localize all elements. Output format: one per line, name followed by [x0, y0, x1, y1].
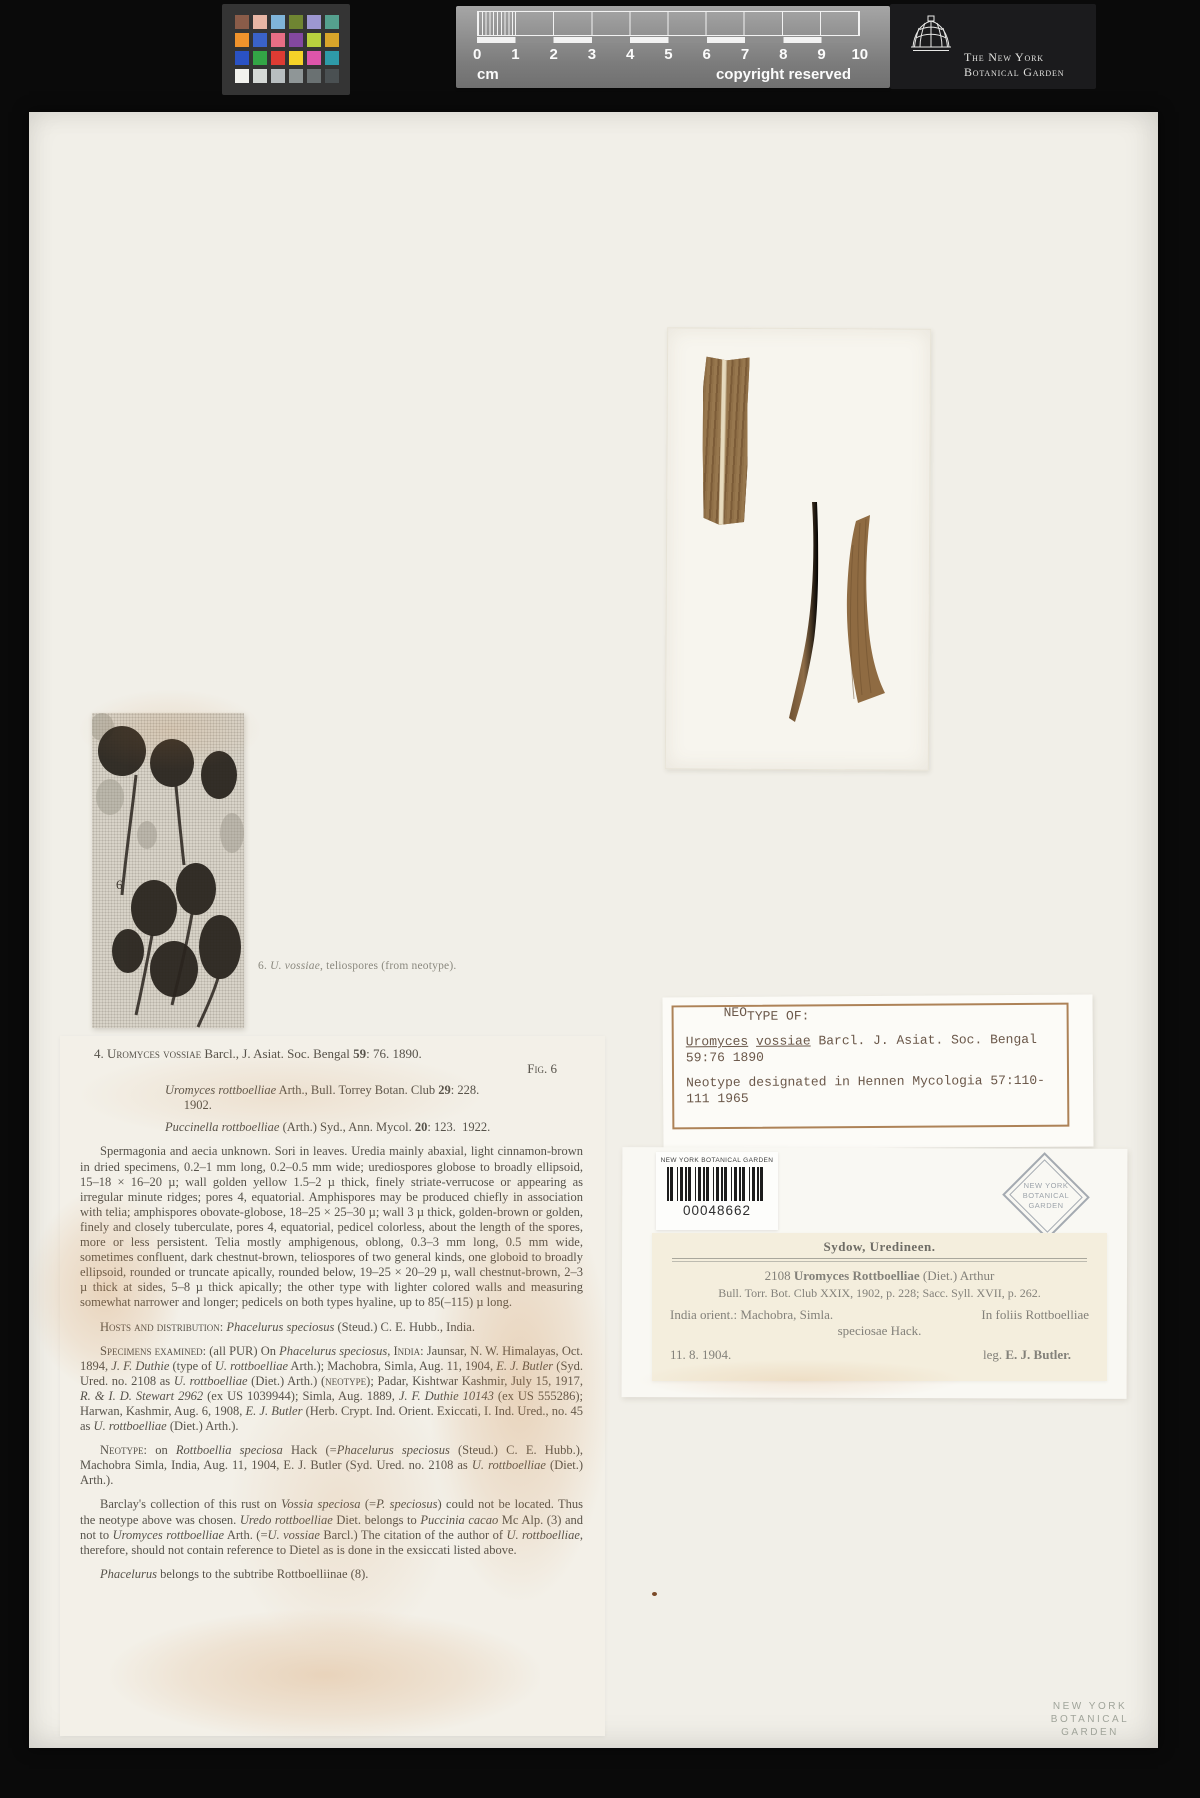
ruler-number: 5	[649, 46, 687, 63]
exsiccati-number-and-name: 2108 Uromyces Rottboelliae (Diet.) Arthu…	[670, 1268, 1089, 1284]
figure-reference: Fig. 6	[80, 1061, 557, 1076]
color-patch	[307, 69, 321, 83]
ruler-number: 3	[573, 46, 611, 63]
color-patch	[235, 51, 249, 65]
color-patch	[307, 51, 321, 65]
ruler-number: 0	[458, 46, 496, 63]
barcode-icon	[667, 1167, 767, 1201]
nybg-logo-panel: The New York Botanical Garden	[890, 4, 1096, 89]
ruler-number: 9	[802, 46, 840, 63]
nybg-corner-stamp: NEW YORK BOTANICAL GARDEN	[1035, 1700, 1145, 1739]
header-rule	[672, 1258, 1087, 1262]
ruler-number: 1	[496, 46, 534, 63]
color-patch	[235, 33, 249, 47]
color-patch	[253, 51, 267, 65]
color-patch	[289, 69, 303, 83]
neotype-designation-line1: Neotype designated in Hennen Mycologia 5…	[686, 1073, 1055, 1092]
ruler-number: 4	[611, 46, 649, 63]
discussion-paragraph: Barclay's collection of this rust on Vos…	[80, 1497, 583, 1557]
teliospore-photomicrograph: 6	[92, 713, 244, 1028]
color-patch	[307, 15, 321, 29]
color-patch	[325, 51, 339, 65]
institution-name-line2: Botanical Garden	[964, 65, 1064, 80]
specimen-fragment-strip	[838, 515, 890, 705]
specimen-fragment-blade	[700, 357, 750, 526]
copyright-label: copyright reserved	[716, 66, 851, 83]
corner-stamp-line1: NEW YORK	[1035, 1700, 1145, 1713]
specimen-fragment-sliver	[786, 500, 826, 725]
exsiccati-host-line2: speciosae Hack.	[670, 1323, 1089, 1339]
teliospores-figure: 6	[92, 713, 244, 1028]
color-patch	[253, 69, 267, 83]
barcode-label: NEW YORK BOTANICAL GARDEN 00048662	[656, 1152, 778, 1230]
ruler-mm-ticks	[478, 12, 516, 35]
exsiccati-citation: Bull. Torr. Bot. Club XXIX, 1902, p. 228…	[670, 1286, 1089, 1301]
figure-caption: 6. U. vossiae, teliospores (from neotype…	[258, 960, 538, 972]
exsiccati-collector: leg. E. J. Butler.	[983, 1347, 1071, 1363]
color-patch	[325, 33, 339, 47]
figure-number-in-photo: 6	[116, 877, 123, 892]
exsiccati-locality: India orient.: Machobra, Simla.	[670, 1307, 833, 1323]
color-patch	[271, 15, 285, 29]
description-paragraph: Spermagonia and aecia unknown. Sori in l…	[80, 1144, 583, 1310]
color-patch	[325, 69, 339, 83]
color-patch	[235, 15, 249, 29]
color-patch	[271, 33, 285, 47]
neotype-species-line2: 59:76 1890	[686, 1048, 1055, 1067]
debris-speck	[652, 1592, 657, 1596]
dome-icon	[908, 11, 954, 53]
ruler-numbers: 012345678910	[458, 46, 879, 63]
diamond-stamp-line1: NEW YORK	[1024, 1181, 1069, 1191]
institution-name: The New York Botanical Garden	[964, 50, 1064, 80]
institution-name-line1: The New York	[964, 50, 1064, 65]
color-checker-grid	[222, 4, 350, 95]
neotype-species-line: Uromyces vossiae Barcl. J. Asiat. Soc. B…	[686, 1032, 1055, 1051]
color-patch	[253, 33, 267, 47]
color-patch	[271, 51, 285, 65]
corner-stamp-line2: BOTANICAL	[1035, 1713, 1145, 1726]
ruler-number: 2	[535, 46, 573, 63]
closing-paragraph: Phacelurus belongs to the subtribe Rottb…	[80, 1567, 583, 1582]
neotype-title: NEOTYPE OF:	[724, 1007, 1055, 1025]
ruler-unit-label: cm	[477, 66, 499, 83]
neotype-paragraph: Neotype: on Rottboellia speciosa Hack (=…	[80, 1443, 583, 1488]
herbarium-sheet-photo: 012345678910 cm copyright reserved	[0, 0, 1200, 1798]
color-patch	[325, 15, 339, 29]
hosts-paragraph: Hosts and distribution: Phacelurus speci…	[80, 1320, 583, 1335]
color-patch	[289, 33, 303, 47]
cm-ruler: 012345678910 cm copyright reserved	[456, 6, 890, 88]
neotype-designation-line2: 111 1965	[686, 1089, 1055, 1108]
color-patch	[307, 33, 321, 47]
ruler-number: 7	[726, 46, 764, 63]
color-patch	[289, 15, 303, 29]
diamond-stamp-line3: GARDEN	[1028, 1201, 1063, 1211]
sydow-exsiccati-label: Sydow, Uredineen. 2108 Uromyces Rottboel…	[652, 1233, 1107, 1381]
ruler-number: 8	[764, 46, 802, 63]
barcode-number: 00048662	[656, 1203, 778, 1218]
ruler-number: 10	[841, 46, 879, 63]
neotype-annotation-label: NEOTYPE OF: Uromyces vossiae Barcl. J. A…	[662, 995, 1093, 1150]
color-patch	[253, 15, 267, 29]
exsiccati-host-line1: In foliis Rottboelliae	[981, 1307, 1089, 1323]
diamond-stamp-line2: BOTANICAL	[1023, 1191, 1069, 1201]
exsiccati-date: 11. 8. 1904.	[670, 1347, 731, 1363]
synonym-1: Uromyces rottboelliae Arth., Bull. Torre…	[165, 1083, 583, 1113]
color-patch	[235, 69, 249, 83]
specimens-paragraph: Specimens examined: (all PUR) On Phacelu…	[80, 1344, 583, 1435]
main-printed-label: 4. Uromyces vossiae Barcl., J. Asiat. So…	[60, 1036, 605, 1736]
neotype-label-border: NEOTYPE OF: Uromyces vossiae Barcl. J. A…	[672, 1003, 1070, 1130]
corner-stamp-line3: GARDEN	[1035, 1726, 1145, 1739]
color-patch	[271, 69, 285, 83]
exsiccati-series-title: Sydow, Uredineen.	[670, 1239, 1089, 1255]
synonym-2: Puccinella rottboelliae (Arth.) Syd., An…	[165, 1120, 583, 1135]
ruler-halfband	[477, 37, 860, 43]
barcode-institution: NEW YORK BOTANICAL GARDEN	[656, 1157, 778, 1164]
color-patch	[289, 51, 303, 65]
ruler-number: 6	[688, 46, 726, 63]
ruler-cm-cells	[477, 11, 860, 36]
nybg-diamond-stamp: NEW YORK BOTANICAL GARDEN	[1001, 1153, 1091, 1239]
species-heading: 4. Uromyces vossiae Barcl., J. Asiat. So…	[94, 1046, 583, 1061]
